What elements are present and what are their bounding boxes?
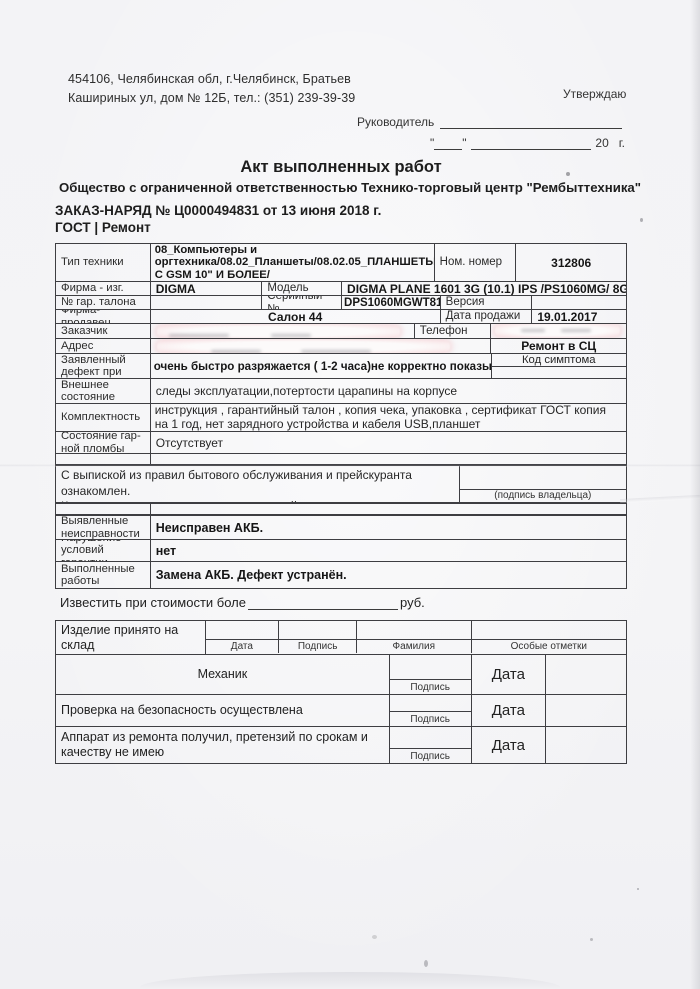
seller-value: Салон 44 [268, 310, 322, 323]
table-row-safety: Проверка на безопасность осуществлена По… [56, 695, 626, 727]
date-caption: Дата [492, 666, 525, 683]
sale-date-label: Дата продажи [446, 310, 521, 322]
works-label: Выполненные работы [61, 563, 135, 587]
empty-cell [279, 621, 357, 639]
address-label: Адрес [61, 340, 93, 352]
symptom-code-label: Код симптома [492, 354, 627, 367]
serial-value: DPS1060MGWT81CA [344, 297, 441, 309]
appearance-label: Внешнее состояние [61, 379, 115, 403]
type-label: Тип техники [61, 256, 124, 268]
mechanic-label: Механик [198, 667, 248, 682]
notify-amount-line [248, 596, 398, 610]
defect-value: очень быстро разряжается ( 1-2 часа)не к… [154, 360, 492, 373]
maker-value: DIGMA [156, 282, 196, 295]
column-header-date: Дата [206, 640, 280, 653]
empty-cell [56, 454, 151, 464]
table-row-warranty: № гар. талона Серийный № DPS1060MGWT81CA… [56, 296, 626, 310]
day-line [434, 136, 462, 150]
sale-date-value: 19.01.2017 [537, 310, 597, 323]
type-value: 08_Компьютеры и оргтехника/08.02_Планшет… [155, 244, 435, 281]
nom-number-label: Ном. номер [440, 256, 502, 268]
warranty-card-label: № гар. талона [61, 296, 136, 308]
table-row-mechanic: Механик Подпись Дата [56, 655, 626, 695]
signatures-table: Изделие принято на склад Дата Подпись Фа… [55, 620, 627, 764]
received-label: Аппарат из ремонта получил, претензий по… [61, 730, 384, 760]
version-label: Версия [446, 296, 485, 308]
table-row-accepted: Изделие принято на склад Дата Подпись Фа… [56, 621, 626, 655]
table-row-works: Выполненные работы Замена АКБ. Дефект ус… [56, 562, 626, 588]
empty-cell [206, 621, 280, 639]
results-table: Выявленные неисправности Неисправен АКБ.… [55, 515, 627, 589]
spacer-row [55, 503, 627, 515]
acknowledgment-line1: С выпиской из правил бытового обслуживан… [61, 468, 412, 498]
acknowledgment-text: С выпиской из правил бытового обслуживан… [61, 468, 454, 502]
empty-cell [357, 621, 472, 639]
owner-signature-cell: (подпись владельца) [460, 466, 626, 502]
phone-label: Телефон [420, 325, 468, 337]
table-row-defect: Заявленный дефект при очень быстро разря… [56, 354, 626, 379]
signature-area [390, 727, 471, 748]
appearance-value: следы эксплуатации,потертости царапины н… [156, 384, 457, 398]
seal-label: Состояние гар- ной пломбы [61, 432, 141, 453]
accepted-label: Изделие принято на склад [61, 623, 200, 653]
redaction-address [157, 340, 451, 353]
empty-cell [492, 367, 627, 378]
sign-caption: Подпись [390, 711, 471, 726]
faults-value: Неисправен АКБ. [156, 521, 263, 535]
completeness-value: инструкция , гарантийный талон , копия ч… [155, 404, 622, 431]
document-subtitle: Общество с ограниченной ответственностью… [40, 180, 660, 195]
signature-area [460, 466, 626, 489]
table-row-received: Аппарат из ремонта получил, претензий по… [56, 727, 626, 763]
violation-value: нет [156, 544, 176, 558]
completeness-label: Комплектность [61, 411, 140, 423]
company-address-line2: Кашириных ул, дом № 12Б, тел.: (351) 239… [68, 91, 355, 105]
paper-speck [372, 935, 377, 939]
paper-crease [620, 495, 700, 503]
manager-signature-line [440, 115, 622, 129]
table-row-empty [56, 454, 626, 464]
date-caption: Дата [492, 737, 525, 754]
symptom-code-cell: Код симптома [492, 354, 627, 378]
paper-speck [590, 938, 593, 941]
table-row-appearance: Внешнее состояние следы эксплуатации,пот… [56, 379, 626, 404]
table-row-maker: Фирма - изг. DIGMA Модель DIGMA PLANE 16… [56, 282, 626, 296]
customer-label: Заказчик [61, 325, 107, 337]
paper-speck [640, 218, 643, 222]
redaction-phone [495, 324, 620, 337]
table-row-customer: Заказчик Телефон [56, 324, 626, 339]
owner-signature-caption: (подпись владельца) [460, 489, 626, 502]
paper-edge-shadow [690, 0, 700, 989]
faults-label: Выявленные неисправности [61, 516, 140, 539]
notify-prefix: Известить при стоимости боле [60, 595, 246, 610]
manager-label: Руководитель [357, 115, 434, 129]
manager-signature-row: Руководитель [357, 115, 622, 129]
model-value: DIGMA PLANE 1601 3G (10.1) IPS /PS1060MG… [347, 282, 626, 295]
sign-caption: Подпись [390, 748, 471, 763]
notify-cost-line: Известить при стоимости боле руб. [60, 595, 425, 610]
empty-cell [151, 504, 626, 514]
company-address-line1: 454106, Челябинская обл, г.Челябинск, Бр… [68, 72, 351, 86]
table-row-type: Тип техники 08_Компьютеры и оргтехника/0… [56, 244, 626, 282]
empty-cell [546, 695, 626, 726]
empty-cell [546, 655, 626, 694]
gost-line: ГОСТ | Ремонт [55, 220, 151, 235]
close-quote: " [462, 136, 466, 150]
column-header-sign: Подпись [279, 640, 357, 653]
table-row-seller: Фирма-продавец Салон 44 Дата продажи 19.… [56, 310, 626, 324]
defect-label: Заявленный дефект при [61, 354, 126, 378]
approve-date-row: " " 20 г. [430, 136, 625, 150]
empty-cell [472, 621, 626, 639]
nom-number-value: 312806 [551, 256, 591, 270]
document-title: Акт выполненных работ [55, 158, 627, 177]
safety-label: Проверка на безопасность осуществлена [61, 703, 303, 718]
acknowledgment-table: С выпиской из правил бытового обслуживан… [55, 465, 627, 503]
acknowledgment-line2: Комплектностью и состоянием сдаваемой в … [61, 499, 448, 502]
works-value: Замена АКБ. Дефект устранён. [156, 568, 347, 582]
empty-cell [532, 296, 626, 309]
violation-label: Нарушение условий гарантии [61, 540, 145, 561]
paper-speck [637, 888, 639, 890]
date-caption: Дата [492, 702, 525, 719]
address-value-cell [151, 339, 492, 353]
customer-value-cell [151, 324, 415, 338]
serial-label: Серийный № [267, 296, 336, 309]
column-header-name: Фамилия [357, 640, 472, 653]
table-row-seal: Состояние гар- ной пломбы Отсутствует [56, 432, 626, 454]
table-row-address: Адрес Ремонт в СЦ [56, 339, 626, 354]
seal-value: Отсутствует [156, 436, 223, 450]
paper-crease [140, 972, 560, 989]
phone-value-cell [491, 324, 626, 338]
column-header-notes: Особые отметки [472, 640, 626, 653]
notify-suffix: руб. [400, 595, 425, 610]
repair-sc-label: Ремонт в СЦ [521, 339, 596, 353]
device-table: Тип техники 08_Компьютеры и оргтехника/0… [55, 243, 627, 465]
year-suffix: г. [619, 136, 625, 150]
empty-cell [151, 454, 626, 464]
order-number-line: ЗАКАЗ-НАРЯД № Ц0000494831 от 13 июня 201… [55, 203, 381, 218]
sign-caption: Подпись [390, 679, 471, 694]
year-prefix: 20 [595, 136, 608, 150]
signature-area [390, 695, 471, 711]
approve-label: Утверждаю [563, 87, 626, 101]
empty-cell [151, 296, 263, 309]
empty-cell [546, 727, 626, 763]
model-label: Модель [267, 282, 308, 294]
maker-label: Фирма - изг. [61, 282, 124, 294]
redaction-customer [157, 325, 400, 338]
month-line [471, 136, 592, 150]
table-row-faults: Выявленные неисправности Неисправен АКБ. [56, 516, 626, 540]
signature-area [390, 655, 471, 679]
table-row-violation: Нарушение условий гарантии нет [56, 540, 626, 562]
seller-label: Фирма-продавец [61, 310, 145, 323]
paper-speck [424, 960, 428, 967]
table-row-completeness: Комплектность инструкция , гарантийный т… [56, 404, 626, 432]
empty-cell [56, 504, 151, 514]
scanned-document: 454106, Челябинская обл, г.Челябинск, Бр… [0, 0, 700, 989]
